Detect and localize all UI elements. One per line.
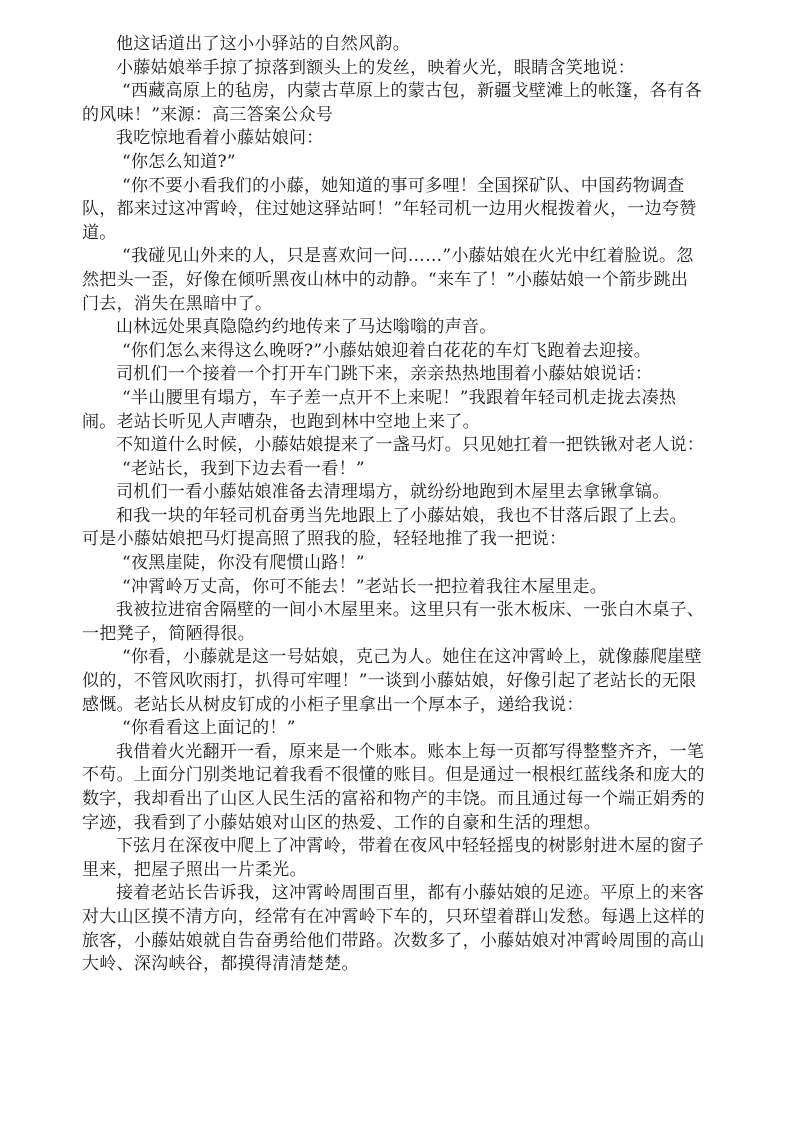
text-line: 和我一块的年轻司机奋勇当先地跟上了小藤姑娘，我也不甘落后跟了上去。	[82, 505, 722, 529]
text-line: 可是小藤姑娘把马灯提高照了照我的脸，轻轻地推了我一把说：	[82, 528, 722, 552]
text-line: 然把头一歪，好像在倾听黑夜山林中的动静。“来车了！”小藤姑娘一个箭步跳出	[82, 269, 722, 293]
text-line: 队，都来过这冲霄岭，住过她这驿站呵！”年轻司机一边用火棍拨着火，一边夸赞	[82, 198, 722, 222]
document-page: 他这话道出了这小小驿站的自然风韵。 小藤姑娘举手掠了掠落到额头上的发丝，映着火光…	[82, 33, 722, 977]
text-line: “西藏高原上的毡房，内蒙古草原上的蒙古包，新疆戈壁滩上的帐篷，各有各	[82, 80, 722, 104]
text-line: 闹。老站长听见人声嘈杂，也跑到林中空地上来了。	[82, 411, 722, 435]
text-line: “你看，小藤就是这一号姑娘，克己为人。她住在这冲霄岭上，就像藤爬崖壁	[82, 646, 722, 670]
text-line: 我被拉进宿舍隔壁的一间小木屋里来。这里只有一张木板床、一张白木桌子、	[82, 599, 722, 623]
text-line: 字迹，我看到了小藤姑娘对山区的热爱、工作的自豪和生活的理想。	[82, 812, 722, 836]
text-line: “你怎么知道?”	[82, 151, 722, 175]
text-line: 小藤姑娘举手掠了掠落到额头上的发丝，映着火光，眼睛含笑地说：	[82, 57, 722, 81]
text-line: “你看看这上面记的！”	[82, 717, 722, 741]
text-line: “半山腰里有塌方，车子差一点开不上来呢！”我跟着年轻司机走拢去凑热	[82, 387, 722, 411]
text-line: “夜黑崖陡，你没有爬惯山路！”	[82, 552, 722, 576]
text-line: 似的，不管风吹雨打，扒得可牢哩！”一谈到小藤姑娘，好像引起了老站长的无限	[82, 670, 722, 694]
text-line: 下弦月在深夜中爬上了冲霄岭，带着在夜风中轻轻摇曳的树影射进木屋的窗子	[82, 835, 722, 859]
text-line: 门去，消失在黑暗中了。	[82, 293, 722, 317]
text-line: 感慨。老站长从树皮钉成的小柜子里拿出一个厚本子，递给我说：	[82, 694, 722, 718]
text-line: 司机们一个接着一个打开车门跳下来，亲亲热热地围着小藤姑娘说话：	[82, 363, 722, 387]
text-line: “老站长，我到下边去看一看！”	[82, 458, 722, 482]
text-line: 数字，我却看出了山区人民生活的富裕和物产的丰饶。而且通过每一个端正娟秀的	[82, 788, 722, 812]
text-line: “你们怎么来得这么晚呀?”小藤姑娘迎着白花花的车灯飞跑着去迎接。	[82, 340, 722, 364]
text-line: 他这话道出了这小小驿站的自然风韵。	[82, 33, 722, 57]
text-line: 不苟。上面分门别类地记着我看不很懂的账目。但是通过一根根红蓝线条和庞大的	[82, 764, 722, 788]
text-line: “我碰见山外来的人，只是喜欢问一问……”小藤姑娘在火光中红着脸说。忽	[82, 245, 722, 269]
text-line: 我吃惊地看着小藤姑娘问：	[82, 127, 722, 151]
text-line: 道。	[82, 222, 722, 246]
text-line: “你不要小看我们的小藤，她知道的事可多哩！全国探矿队、中国药物调查	[82, 175, 722, 199]
text-line: 大岭、深沟峡谷，都摸得清清楚楚。	[82, 953, 722, 977]
text-line: “冲霄岭万丈高，你可不能去！”老站长一把拉着我往木屋里走。	[82, 576, 722, 600]
text-line: 接着老站长告诉我，这冲霄岭周围百里，都有小藤姑娘的足迹。平原上的来客	[82, 882, 722, 906]
text-line: 不知道什么时候，小藤姑娘提来了一盏马灯。只见她扛着一把铁锹对老人说：	[82, 434, 722, 458]
text-line: 对大山区摸不清方向，经常有在冲霄岭下车的，只环望着群山发愁。每遇上这样的	[82, 906, 722, 930]
text-line: 一把凳子，简陋得很。	[82, 623, 722, 647]
text-line: 司机们一看小藤姑娘准备去清理塌方，就纷纷地跑到木屋里去拿锹拿镐。	[82, 481, 722, 505]
text-line: 我借着火光翻开一看，原来是一个账本。账本上每一页都写得整整齐齐，一笔	[82, 741, 722, 765]
text-line: 旅客，小藤姑娘就自告奋勇给他们带路。次数多了，小藤姑娘对冲霄岭周围的高山	[82, 930, 722, 954]
text-line: 的风味！”来源：高三答案公众号	[82, 104, 722, 128]
text-line: 里来，把屋子照出一片柔光。	[82, 859, 722, 883]
text-line: 山林远处果真隐隐约约地传来了马达嗡嗡的声音。	[82, 316, 722, 340]
